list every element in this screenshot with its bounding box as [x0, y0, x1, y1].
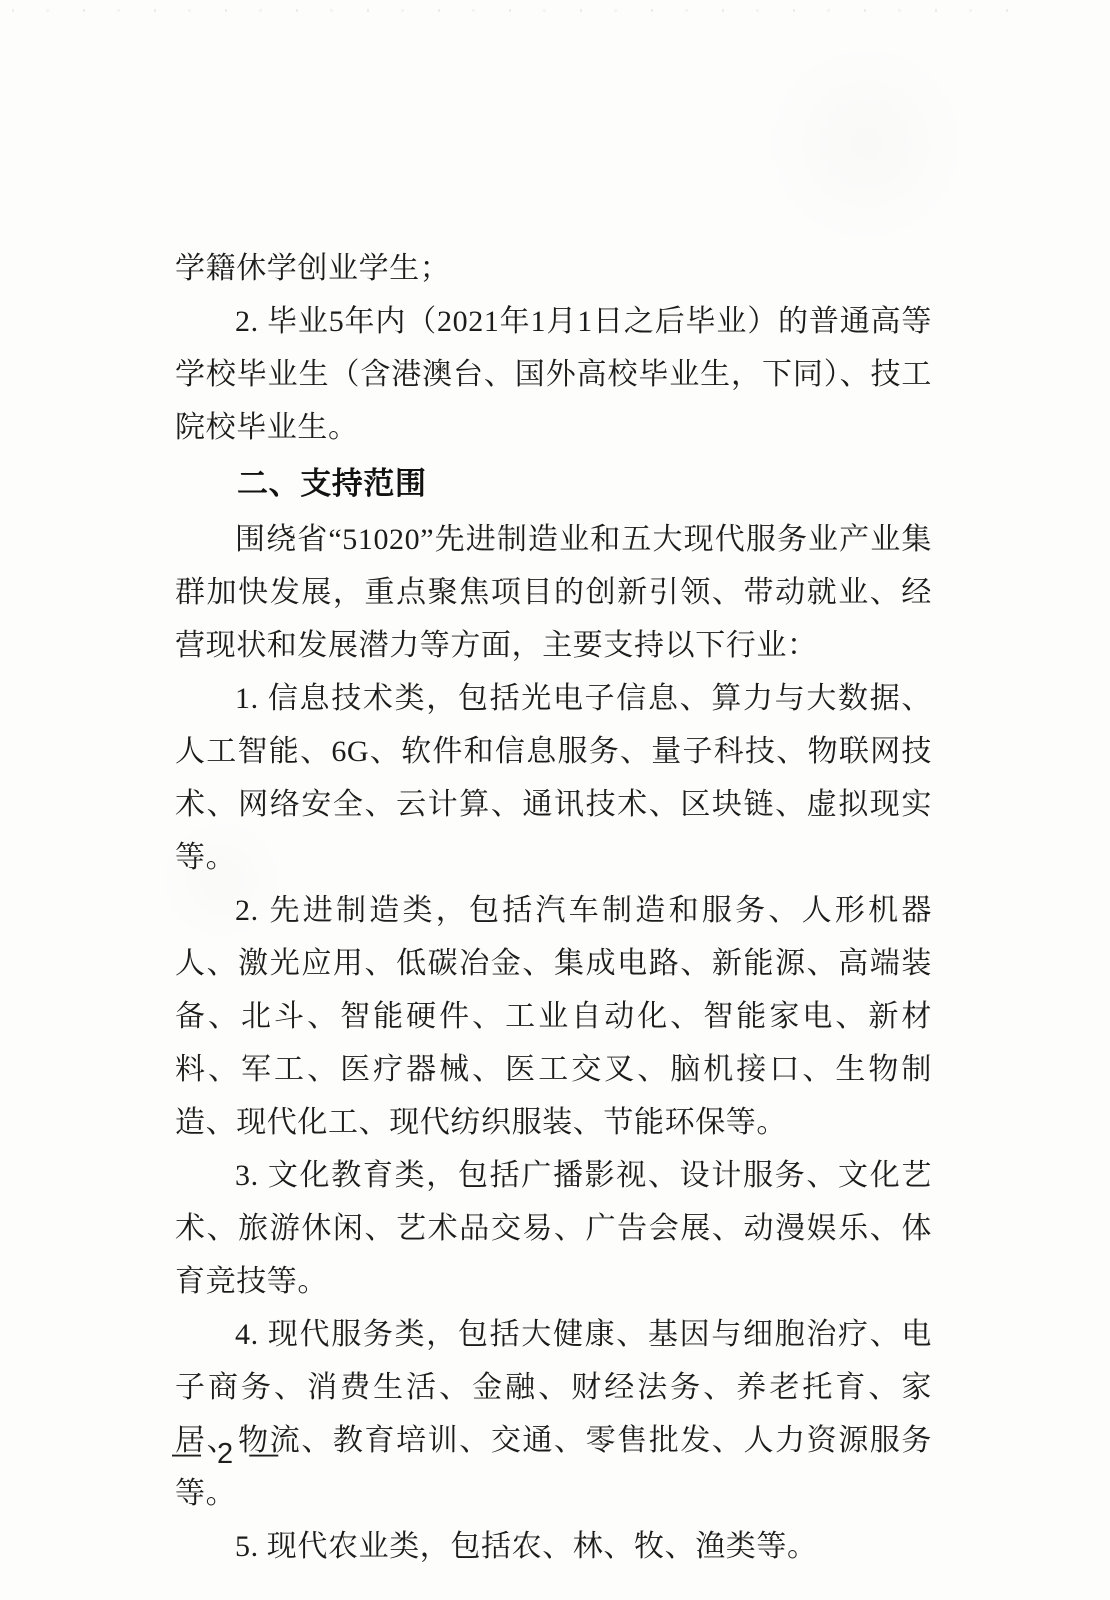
body-paragraph-item-3-culture-education: 3. 文化教育类，包括广播影视、设计服务、文化艺术、旅游休闲、艺术品交易、广告会… — [175, 1149, 932, 1308]
body-paragraph-item-1-information-technology: 1. 信息技术类，包括光电子信息、算力与大数据、人工智能、6G、软件和信息服务、… — [175, 672, 932, 884]
document-body: 学籍休学创业学生； 2. 毕业5年内（2021年1月1日之后毕业）的普通高等学校… — [175, 242, 932, 1573]
body-paragraph-intro-51020: 围绕省“51020”先进制造业和五大现代服务业产业集群加快发展，重点聚焦项目的创… — [175, 513, 932, 672]
body-paragraph-graduates: 2. 毕业5年内（2021年1月1日之后毕业）的普通高等学校毕业生（含港澳台、国… — [175, 295, 932, 454]
body-paragraph-item-4-modern-services: 4. 现代服务类，包括大健康、基因与细胞治疗、电子商务、消费生活、金融、财经法务… — [175, 1308, 932, 1520]
body-paragraph-item-5-modern-agriculture: 5. 现代农业类，包括农、林、牧、渔类等。 — [175, 1520, 932, 1573]
body-paragraph-continuation: 学籍休学创业学生； — [175, 242, 932, 295]
page-number: — 2 — — [172, 1431, 282, 1477]
body-paragraph-item-2-advanced-manufacturing: 2. 先进制造类，包括汽车制造和服务、人形机器人、激光应用、低碳冶金、集成电路、… — [175, 884, 932, 1149]
section-heading-support-scope: 二、支持范围 — [175, 457, 932, 510]
scanned-document-page: 学籍休学创业学生； 2. 毕业5年内（2021年1月1日之后毕业）的普通高等学校… — [0, 0, 1110, 1600]
scanner-noise-artifact — [12, 9, 1032, 12]
